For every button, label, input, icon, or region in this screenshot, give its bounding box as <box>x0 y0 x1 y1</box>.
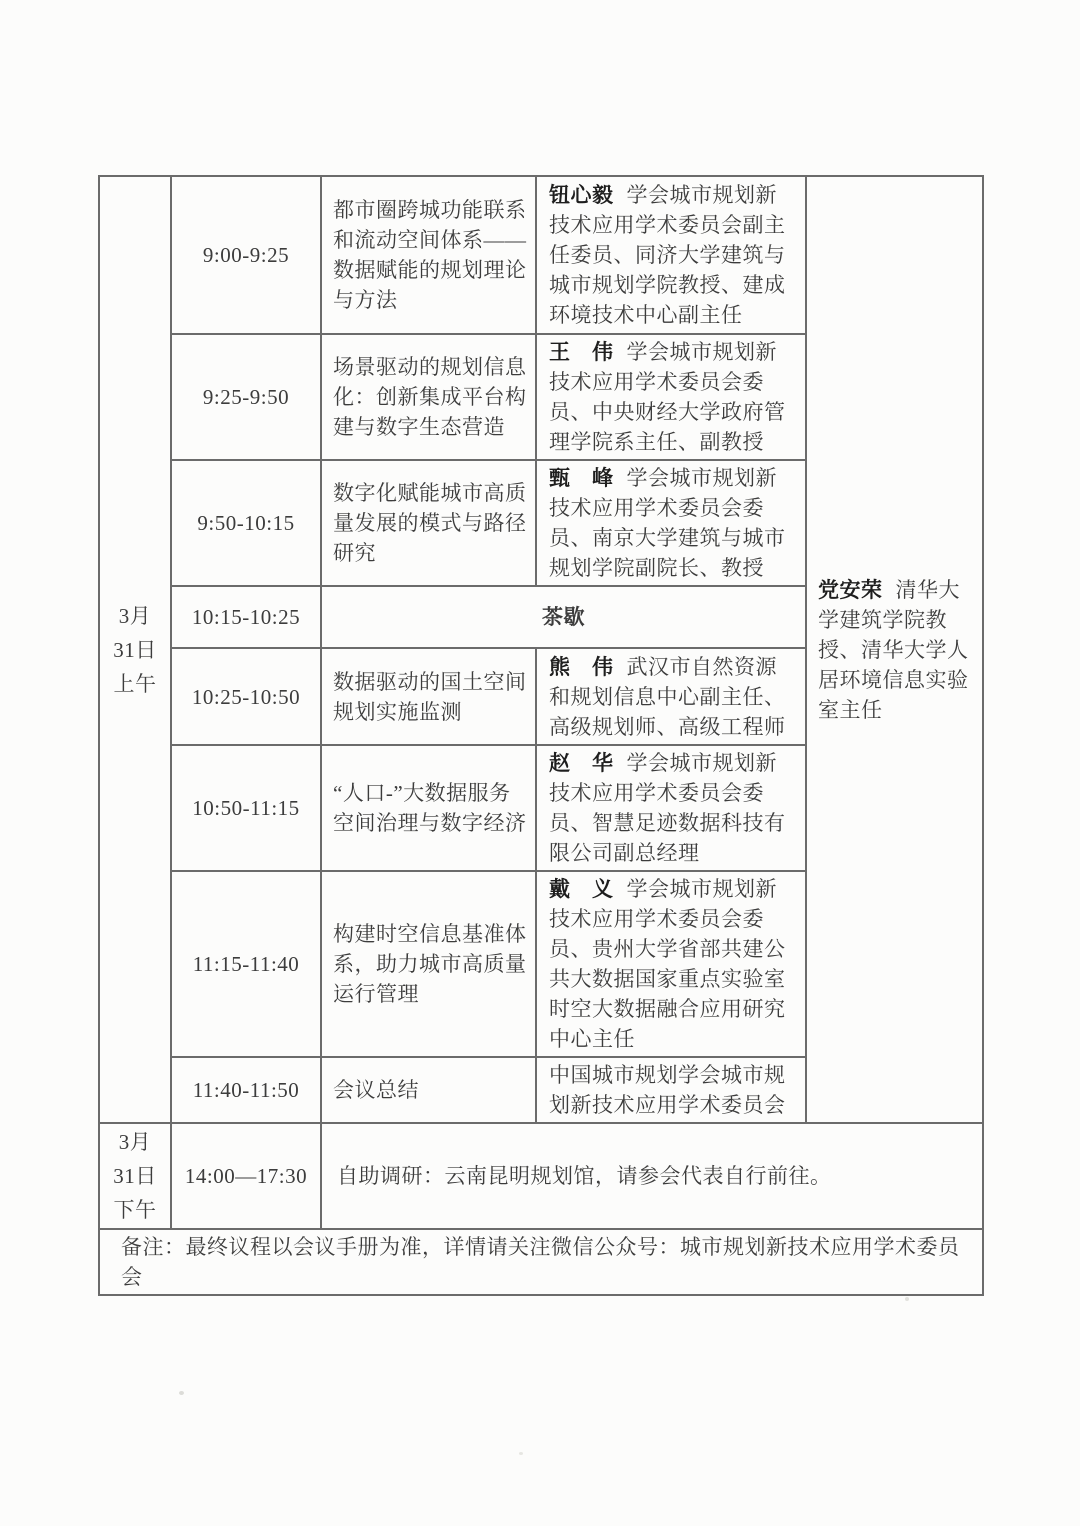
note-row: 备注：最终议程以会议手册为准，详情请关注微信公众号：城市规划新技术应用学术委员会 <box>99 1229 983 1295</box>
time-cell: 11:40-11:50 <box>171 1057 321 1123</box>
speaker-cell: 戴 义学会城市规划新技术应用学术委员会委员、贵州大学省部共建公共大数据国家重点实… <box>536 871 806 1057</box>
date-line: 31日 <box>101 1159 169 1193</box>
speaker-cell: 钮心毅学会城市规划新技术应用学术委员会副主任委员、同济大学建筑与城市规划学院教授… <box>536 176 806 334</box>
document-page: 3月 31日 上午 9:00-9:25 都市圈跨城功能联系和流动空间体系——数据… <box>0 0 1080 1526</box>
date-line: 上午 <box>101 667 169 701</box>
speaker-name: 王 伟 <box>549 340 614 364</box>
agenda-table: 3月 31日 上午 9:00-9:25 都市圈跨城功能联系和流动空间体系——数据… <box>98 175 984 1296</box>
time-cell: 9:50-10:15 <box>171 460 321 586</box>
speaker-name: 赵 华 <box>549 751 614 775</box>
topic-cell: 场景驱动的规划信息化：创新集成平台构建与数字生态营造 <box>321 334 536 460</box>
speaker-cell: 甄 峰学会城市规划新技术应用学术委员会委员、南京大学建筑与城市规划学院副院长、教… <box>536 460 806 586</box>
topic-cell: “人口-”大数据服务空间治理与数字经济 <box>321 745 536 871</box>
note-cell: 备注：最终议程以会议手册为准，详情请关注微信公众号：城市规划新技术应用学术委员会 <box>99 1229 983 1295</box>
speaker-cell: 王 伟学会城市规划新技术应用学术委员会委员、中央财经大学政府管理学院系主任、副教… <box>536 334 806 460</box>
topic-cell: 会议总结 <box>321 1057 536 1123</box>
afternoon-activity-cell: 自助调研：云南昆明规划馆，请参会代表自行前往。 <box>321 1123 983 1229</box>
break-label: 茶歇 <box>321 586 806 648</box>
topic-cell: 数据驱动的国土空间规划实施监测 <box>321 648 536 745</box>
chair-cell: 党安荣清华大学建筑学院教授、清华大学人居环境信息实验室主任 <box>806 176 983 1123</box>
scan-speck <box>905 1297 909 1301</box>
time-cell: 9:25-9:50 <box>171 334 321 460</box>
morning-date-cell: 3月 31日 上午 <box>99 176 171 1123</box>
speaker-name: 钮心毅 <box>549 183 614 207</box>
speaker-affiliation: 学会城市规划新技术应用学术委员会委员、贵州大学省部共建公共大数据国家重点实验室时… <box>549 877 786 1051</box>
afternoon-date-cell: 3月 31日 下午 <box>99 1123 171 1229</box>
speaker-name: 甄 峰 <box>549 466 614 490</box>
date-line: 下午 <box>101 1193 169 1227</box>
time-cell: 10:15-10:25 <box>171 586 321 648</box>
time-cell: 9:00-9:25 <box>171 176 321 334</box>
speaker-cell: 赵 华学会城市规划新技术应用学术委员会委员、智慧足迹数据科技有限公司副总经理 <box>536 745 806 871</box>
time-cell: 10:50-11:15 <box>171 745 321 871</box>
topic-cell: 都市圈跨城功能联系和流动空间体系——数据赋能的规划理论与方法 <box>321 176 536 334</box>
speaker-cell: 中国城市规划学会城市规划新技术应用学术委员会 <box>536 1057 806 1123</box>
time-cell: 11:15-11:40 <box>171 871 321 1057</box>
date-line: 31日 <box>101 633 169 667</box>
date-line: 3月 <box>101 1125 169 1159</box>
time-cell: 10:25-10:50 <box>171 648 321 745</box>
scan-speck <box>519 1452 523 1455</box>
topic-cell: 构建时空信息基准体系，助力城市高质量运行管理 <box>321 871 536 1057</box>
session-row: 3月 31日 上午 9:00-9:25 都市圈跨城功能联系和流动空间体系——数据… <box>99 176 983 334</box>
speaker-name: 戴 义 <box>549 877 614 901</box>
date-line: 3月 <box>101 599 169 633</box>
afternoon-row: 3月 31日 下午 14:00—17:30 自助调研：云南昆明规划馆，请参会代表… <box>99 1123 983 1229</box>
chair-name: 党安荣 <box>818 578 883 602</box>
speaker-cell: 熊 伟武汉市自然资源和规划信息中心副主任、高级规划师、高级工程师 <box>536 648 806 745</box>
topic-cell: 数字化赋能城市高质量发展的模式与路径研究 <box>321 460 536 586</box>
time-cell: 14:00—17:30 <box>171 1123 321 1229</box>
scan-speck <box>179 1391 184 1395</box>
speaker-name: 熊 伟 <box>549 655 614 679</box>
